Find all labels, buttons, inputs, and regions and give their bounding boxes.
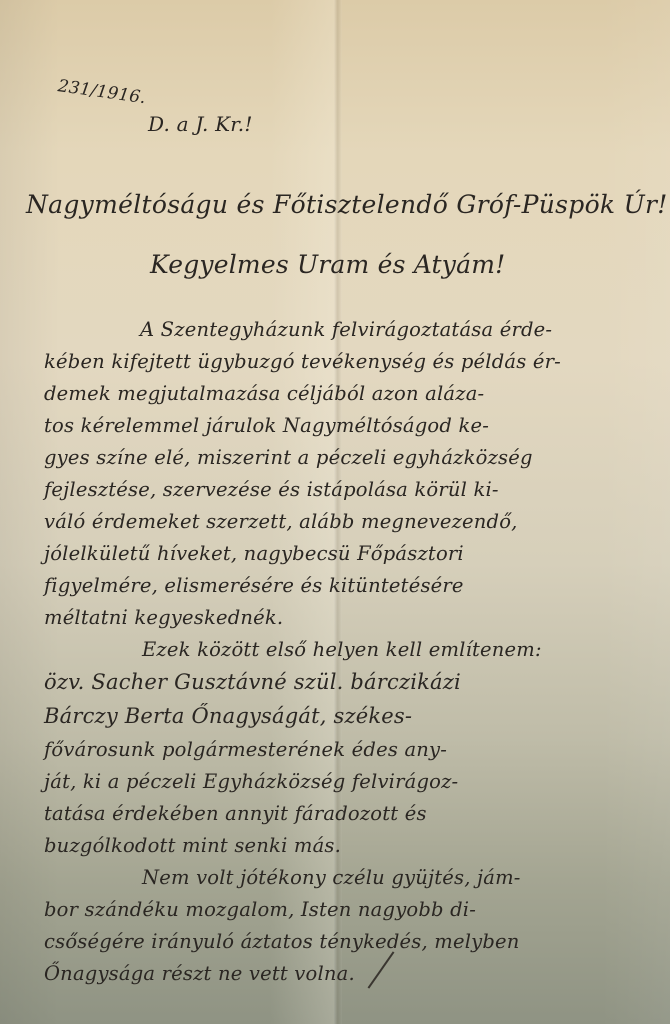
body-line: Bárczy Berta Őnagyságát, székes- xyxy=(44,704,412,728)
opening-invocation: D. a J. Kr.! xyxy=(148,112,253,136)
salutation: Nagyméltóságu és Főtisztelendő Gróf-Püsp… xyxy=(26,190,668,219)
sub-salutation: Kegyelmes Uram és Atyám! xyxy=(150,250,505,279)
body-line: fővárosunk polgármesterének édes any- xyxy=(44,738,447,761)
body-line: tos kérelemmel járulok Nagyméltóságod ke… xyxy=(44,414,489,437)
body-line: A Szentegyházunk felvirágoztatása érde- xyxy=(140,318,552,341)
body-line: jólelkületű híveket, nagybecsü Főpásztor… xyxy=(44,542,464,565)
body-line: Ezek között első helyen kell említenem: xyxy=(142,638,542,661)
body-line: csőségére irányuló áztatos ténykedés, me… xyxy=(44,930,520,953)
body-line: bor szándéku mozgalom, Isten nagyobb di- xyxy=(44,898,476,921)
body-line: fejlesztése, szervezése és istápolása kö… xyxy=(44,478,499,501)
body-line: váló érdemeket szerzett, alább megneveze… xyxy=(44,510,518,533)
body-line: tatása érdekében annyit fáradozott és xyxy=(44,802,427,825)
body-line: gyes színe elé, miszerint a péczeli egyh… xyxy=(44,446,533,469)
body-line: méltatni kegyeskednék. xyxy=(44,606,283,629)
reference-number: 231/1916. xyxy=(57,76,148,108)
letter-page: 231/1916. D. a J. Kr.! Nagyméltóságu és … xyxy=(0,0,670,1024)
body-line: Nem volt jótékony czélu gyüjtés, jám- xyxy=(142,866,521,889)
body-line: buzgólkodott mint senki más. xyxy=(44,834,341,857)
body-line: demek megjutalmazása céljából azon alázа… xyxy=(44,382,484,405)
closing-mark xyxy=(368,951,395,988)
body-line: kében kifejtett ügybuzgó tevékenység és … xyxy=(44,350,561,373)
body-line: Őnagysága részt ne vett volna. xyxy=(44,962,355,985)
body-line: özv. Sacher Gusztávné szül. bárczikázi xyxy=(44,670,461,694)
body-line: ját, ki a péczeli Egyházközség felvirágo… xyxy=(44,770,458,793)
body-line: figyelmére, elismerésére és kitüntetésér… xyxy=(44,574,464,597)
